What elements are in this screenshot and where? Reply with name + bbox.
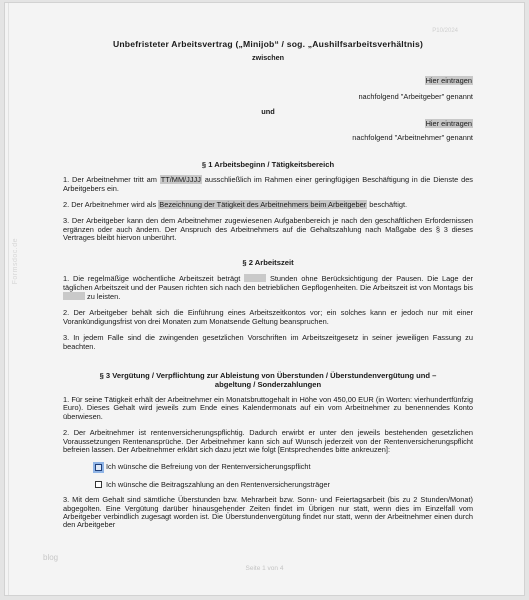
- section-2-paragraph-1: 1. Die regelmäßige wöchentliche Arbeitsz…: [63, 274, 473, 301]
- document-code: P10/2024: [432, 28, 458, 34]
- employee-field[interactable]: Hier eintragen: [425, 119, 473, 128]
- section-2-heading: § 2 Arbeitszeit: [63, 259, 473, 267]
- option-label: Ich wünsche die Beitragszahlung an den R…: [106, 481, 330, 489]
- option-pension-contribution[interactable]: Ich wünsche die Beitragszahlung an den R…: [95, 481, 473, 489]
- employer-row: Hier eintragen: [63, 77, 473, 85]
- section-2-paragraph-3: 3. In jedem Falle sind die zwingenden ge…: [63, 334, 473, 351]
- section-1-paragraph-1: 1. Der Arbeitnehmer tritt am TT/MM/JJJJ …: [63, 176, 473, 193]
- weekly-hours-field[interactable]: [244, 274, 266, 282]
- blog-watermark: blog: [43, 553, 58, 562]
- section-3-paragraph-1: 1. Für seine Tätigkeit erhält der Arbeit…: [63, 396, 473, 421]
- page-footer: Seite 1 von 4: [5, 565, 524, 572]
- document-title: Unbefristeter Arbeitsvertrag („Minijob“ …: [63, 40, 473, 48]
- option-label: Ich wünsche die Befreiung von der Renten…: [106, 463, 311, 471]
- checkbox-pension-exemption[interactable]: [95, 464, 102, 471]
- start-date-field[interactable]: TT/MM/JJJJ: [160, 175, 202, 184]
- document-content: Unbefristeter Arbeitsvertrag („Minijob“ …: [63, 40, 473, 530]
- workdays-end-field[interactable]: [63, 292, 85, 300]
- checkbox-pension-contribution[interactable]: [95, 481, 102, 488]
- heading-line: § 3 Vergütung / Verpflichtung zur Ableis…: [63, 371, 473, 380]
- side-watermark: Formsdoc.de: [12, 238, 19, 284]
- heading-line: abgeltung / Sonderzahlungen: [63, 380, 473, 389]
- text: zu leisten.: [85, 292, 120, 301]
- text: beschäftigt.: [367, 200, 407, 209]
- text: 2. Der Arbeitnehmer wird als: [63, 200, 158, 209]
- page-edge: [8, 3, 9, 595]
- job-title-field[interactable]: Bezeichnung der Tätigkeit des Arbeitnehm…: [158, 200, 367, 209]
- employer-field[interactable]: Hier eintragen: [425, 76, 473, 85]
- section-1-paragraph-3: 3. Der Arbeitgeber kann den dem Arbeitne…: [63, 217, 473, 242]
- and-label: und: [63, 108, 473, 116]
- employee-row: Hier eintragen: [63, 120, 473, 128]
- section-1-heading: § 1 Arbeitsbeginn / Tätigkeitsbereich: [63, 161, 473, 169]
- option-pension-exemption[interactable]: Ich wünsche die Befreiung von der Renten…: [95, 463, 473, 471]
- document-page: Formsdoc.de P10/2024 Unbefristeter Arbei…: [4, 2, 525, 596]
- section-3-paragraph-2: 2. Der Arbeitnehmer ist rentenversicheru…: [63, 429, 473, 454]
- section-1-paragraph-2: 2. Der Arbeitnehmer wird als Bezeichnung…: [63, 201, 473, 209]
- between-label: zwischen: [63, 54, 473, 62]
- employee-label: nachfolgend "Arbeitnehmer" genannt: [63, 134, 473, 142]
- section-2-paragraph-2: 2. Der Arbeitgeber behält sich die Einfü…: [63, 309, 473, 326]
- section-3-paragraph-3: 3. Mit dem Gehalt sind sämtliche Überstu…: [63, 496, 473, 530]
- section-3-heading: § 3 Vergütung / Verpflichtung zur Ableis…: [63, 371, 473, 389]
- employer-label: nachfolgend "Arbeitgeber" genannt: [63, 93, 473, 101]
